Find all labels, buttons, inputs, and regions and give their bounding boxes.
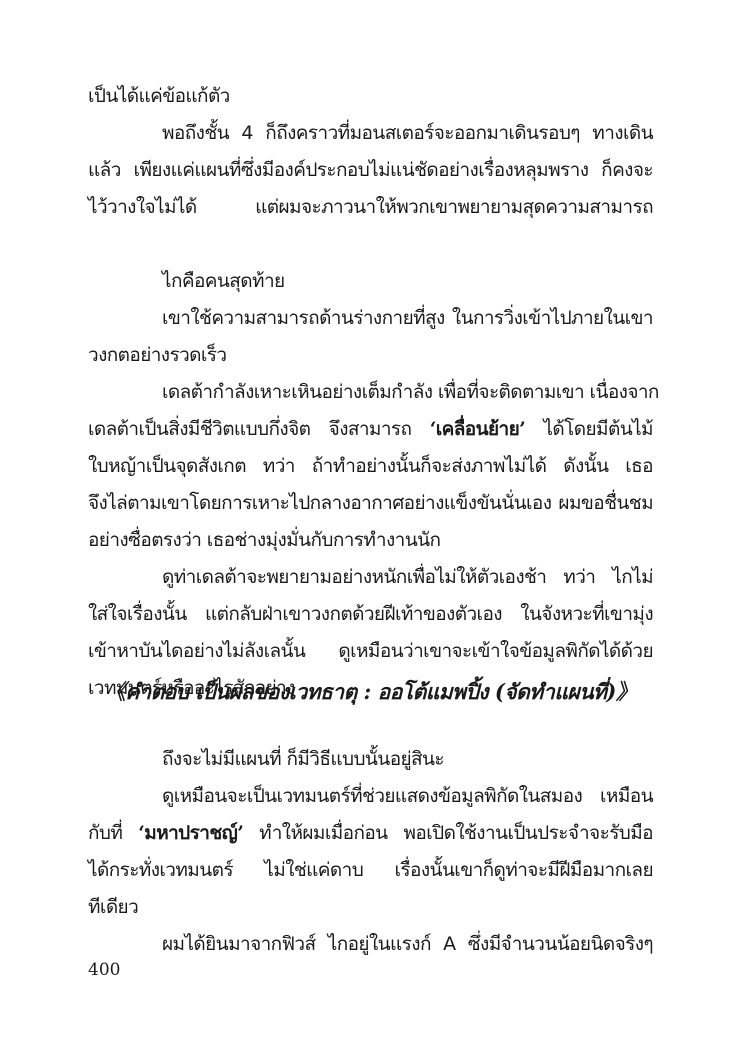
paragraph-line: เดลต้าเป็นสิ่งมีชีวิตแบบกึ่งจิต จึงสามาร… bbox=[88, 411, 653, 448]
paragraph-line: ได้กระทั่งเวทมนตร์ ไม่ใช่แค่ดาบ เรื่องนั… bbox=[88, 852, 653, 889]
paragraph-line: เดลต้ากำลังเหาะเหินอย่างเต็มกำลัง เพื่อท… bbox=[88, 374, 653, 411]
paragraph-line: เป็นได้แค่ข้อแก้ตัว bbox=[88, 78, 653, 115]
page-number: 400 bbox=[88, 960, 120, 980]
body-text-bottom: ถึงจะไม่มีแผนที่ ก็มีวิธีแบบนั้นอยู่สินะ… bbox=[88, 741, 653, 963]
section-heading: 《คำตอบ เป็นผลของเวทธาตุ : ออโต้แมพปิ้ง (… bbox=[88, 672, 653, 712]
paragraph-line: เขาใช้ความสามารถด้านร่างกายที่สูง ในการว… bbox=[88, 300, 653, 337]
paragraph-line: เข้าหาบันไดอย่างไม่ลังเลนั้น ดูเหมือนว่า… bbox=[88, 633, 653, 670]
paragraph-line: แล้ว เพียงแค่แผนที่ซึ่งมีองค์ประกอบไม่แน… bbox=[88, 152, 653, 189]
body-text-top: เป็นได้แค่ข้อแก้ตัว พอถึงชั้น 4 ก็ถึงครา… bbox=[88, 78, 653, 707]
paragraph-line: วงกตอย่างรวดเร็ว bbox=[88, 337, 653, 374]
paragraph-line: ดูท่าเดลต้าจะพยายามอย่างหนักเพื่อไม่ให้ต… bbox=[88, 559, 653, 596]
paragraph-line: กับที่ ‘มหาปราชญ์’ ทำให้ผมเมื่อก่อน พอเป… bbox=[88, 815, 653, 852]
text-run: ทำให้ผมเมื่อก่อน พอเปิดใช้งานเป็นประจำจะ… bbox=[243, 822, 653, 844]
emphasized-term: ‘เคลื่อนย้าย’ bbox=[430, 418, 525, 440]
paragraph-line: ใส่ใจเรื่องนั้น แต่กลับฝ่าเขาวงกตด้วยฝีเ… bbox=[88, 596, 653, 633]
text-run: เดลต้าเป็นสิ่งมีชีวิตแบบกึ่งจิต จึงสามาร… bbox=[88, 418, 430, 440]
paragraph-line: จึงไล่ตามเขาโดยการเหาะไปกลางอากาศอย่างแข… bbox=[88, 485, 653, 522]
paragraph-line: ทีเดียว bbox=[88, 889, 653, 926]
paragraph-line: พอถึงชั้น 4 ก็ถึงคราวที่มอนสเตอร์จะออกมา… bbox=[88, 115, 653, 152]
text-run: ได้โดยมีต้นไม้ bbox=[525, 418, 653, 440]
paragraph-spacer bbox=[88, 226, 653, 263]
paragraph-line: ผมได้ยินมาจากฟิวส์ ไกอยู่ในแรงก์ A ซึ่งม… bbox=[88, 926, 653, 963]
paragraph-line: ถึงจะไม่มีแผนที่ ก็มีวิธีแบบนั้นอยู่สินะ bbox=[88, 741, 653, 778]
paragraph-line: ดูเหมือนจะเป็นเวทมนตร์ที่ช่วยแสดงข้อมูลพ… bbox=[88, 778, 653, 815]
text-run: กับที่ bbox=[88, 822, 138, 844]
emphasized-term: ‘มหาปราชญ์’ bbox=[138, 822, 243, 844]
paragraph-line: ไกคือคนสุดท้าย bbox=[88, 263, 653, 300]
paragraph-line: ใบหญ้าเป็นจุดสังเกต ทว่า ถ้าทำอย่างนั้นก… bbox=[88, 448, 653, 485]
paragraph-line: ไว้วางใจไม่ได้ แต่ผมจะภาวนาให้พวกเขาพยาย… bbox=[88, 189, 653, 226]
paragraph-line: อย่างซื่อตรงว่า เธอช่างมุ่งมั่นกับการทำง… bbox=[88, 522, 653, 559]
